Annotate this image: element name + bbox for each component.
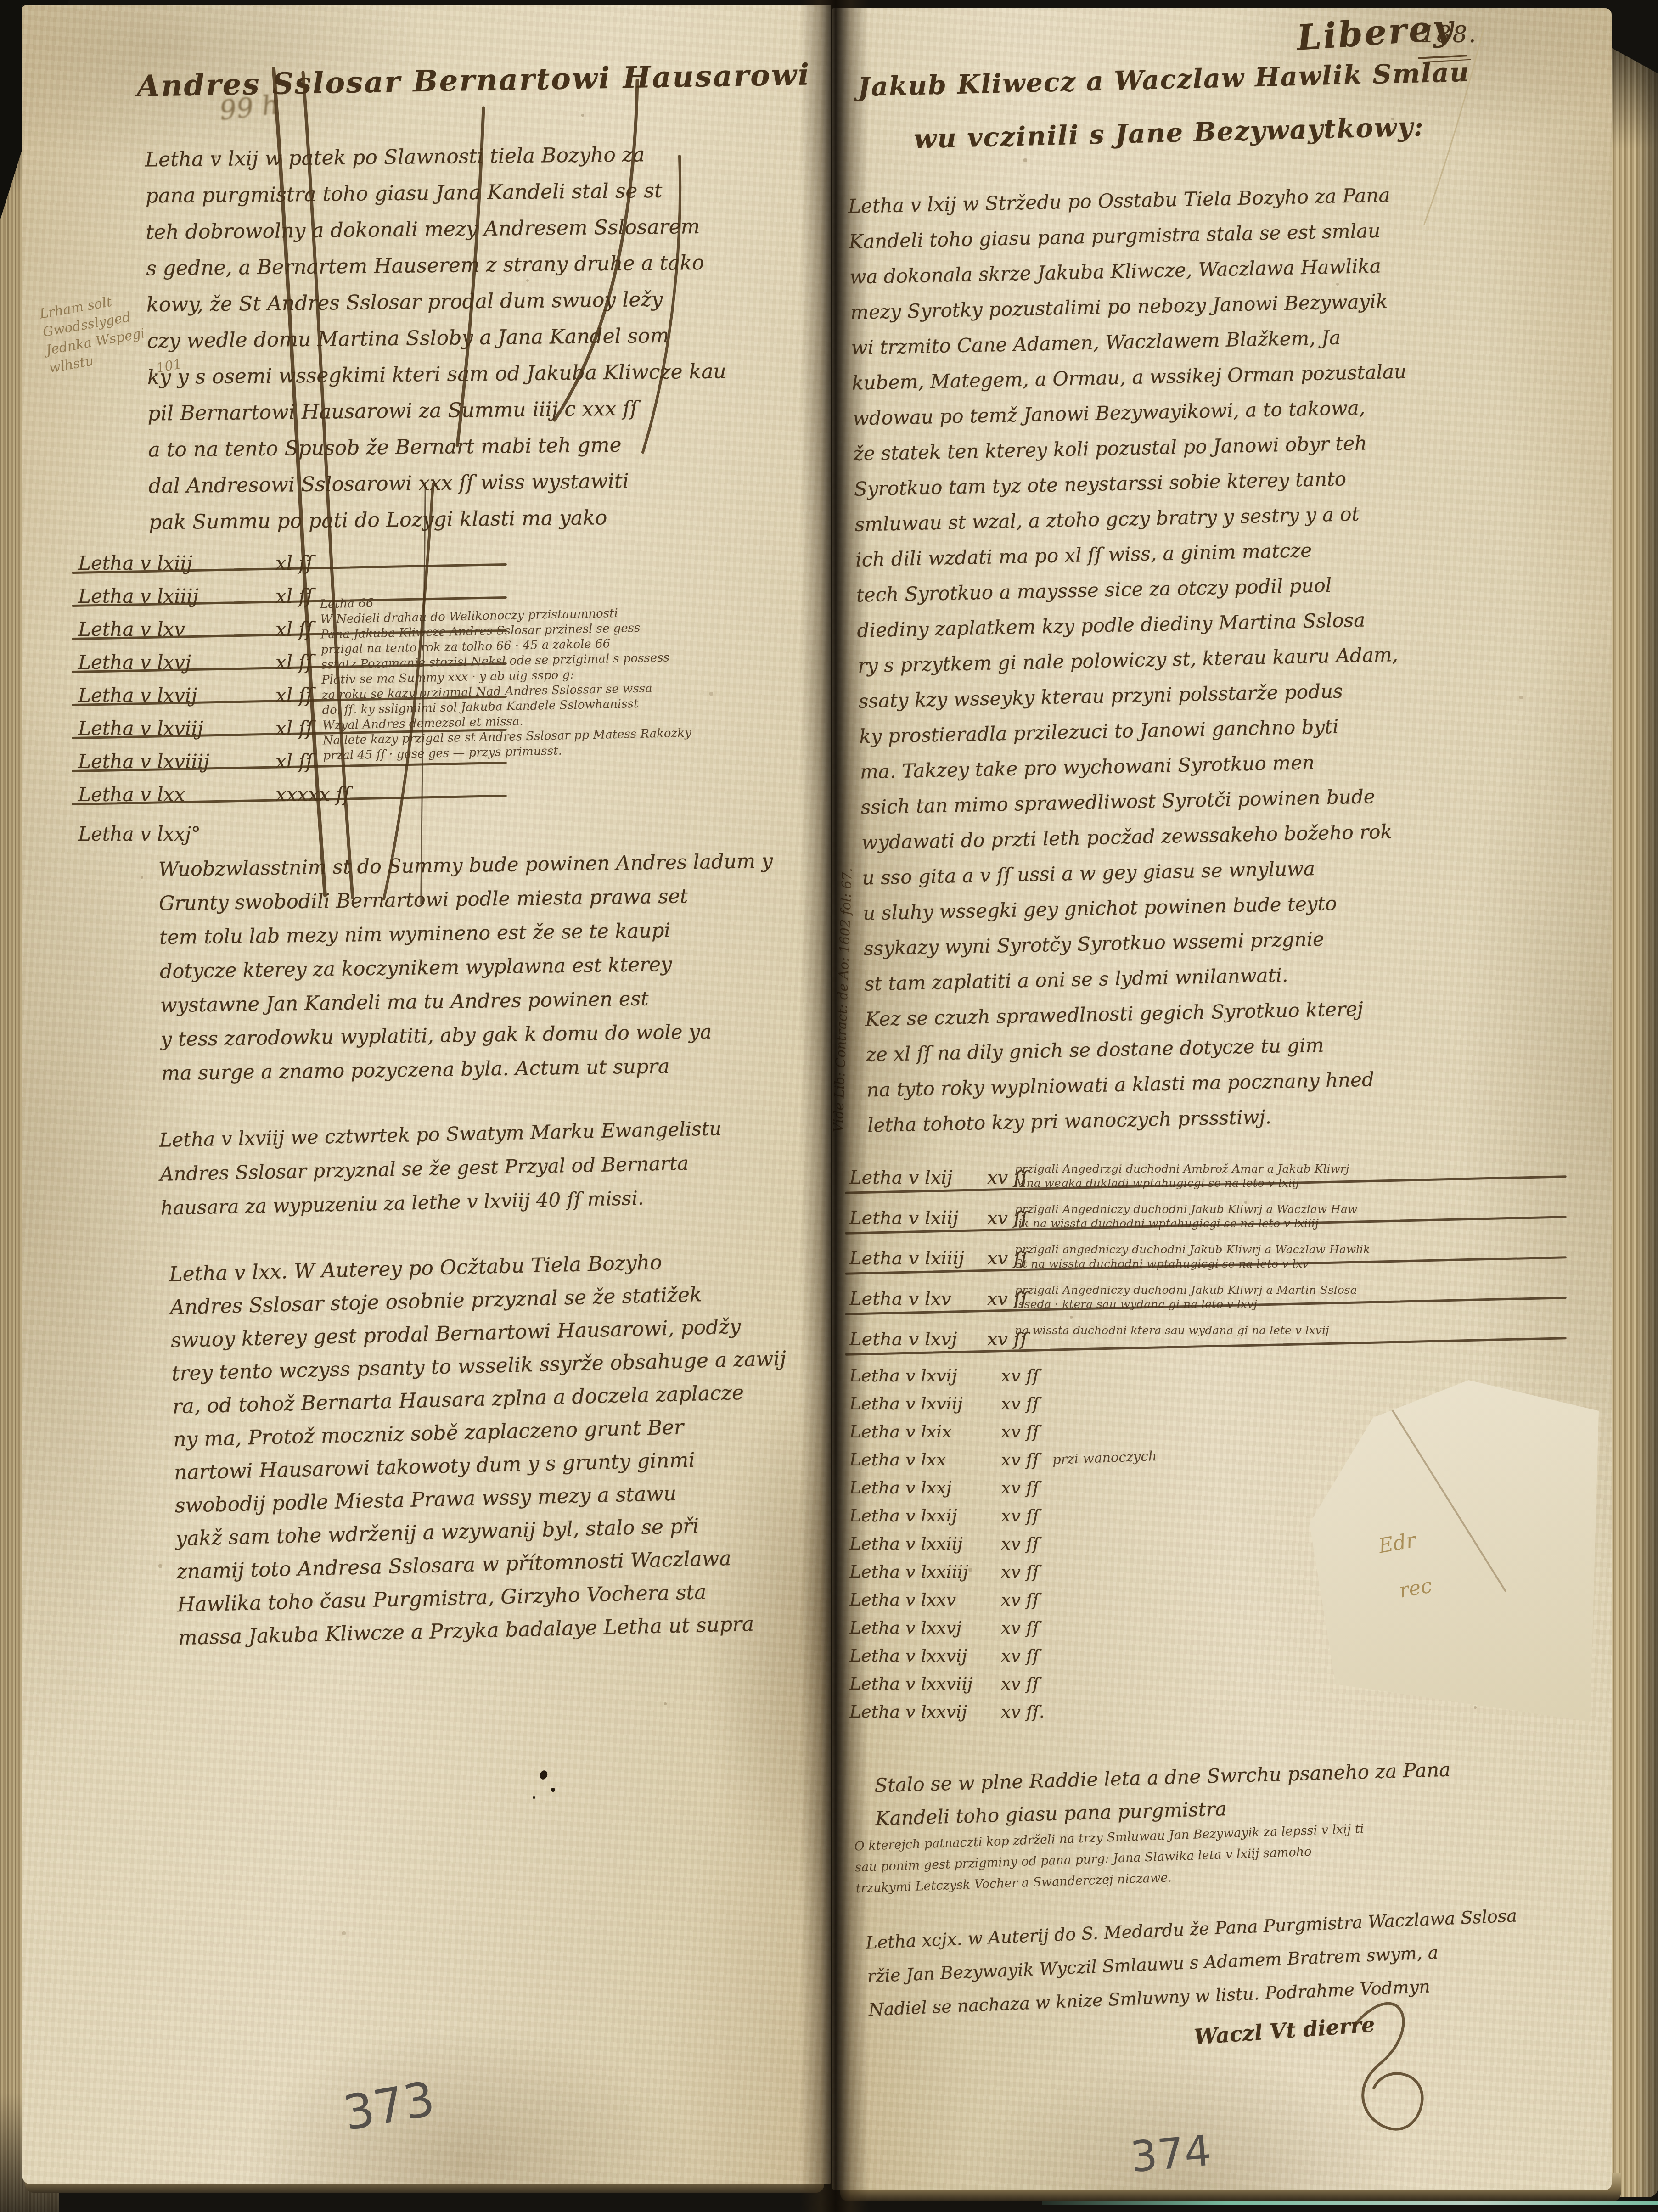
ledger-year: Letha v lxv: [849, 1288, 987, 1309]
year-entry: Letha v lxxviijxv ſſ: [849, 1673, 1045, 1701]
manuscript-line: pana purgmistra toho giasu Jana Kandeli …: [145, 172, 725, 214]
ledger-amount: xl ſſ: [275, 585, 313, 607]
ledger-year: Letha v lxxvij: [849, 1645, 1001, 1666]
right-page-heading-line1: Jakub Kliwecz a Waczlaw Hawlik Smlau: [857, 57, 1470, 103]
ledger-amount: xv ſſ: [1001, 1673, 1039, 1694]
manuscript-line: teh dobrowolny a dokonali mezy Andresem …: [146, 208, 725, 250]
manuscript-line: s gedne, a Bernartem Hauserem z strany d…: [146, 244, 725, 286]
left-paragraph-2: Wuobzwlasstnim st do Summy bude powinen …: [158, 844, 776, 1091]
right-ledger-struck-entries: Letha v lxijxv ſſ przigali Angedrzgi duc…: [849, 1167, 1027, 1369]
tear-crease: [1378, 1389, 1506, 1592]
ledger-note-line: przigali Angedniczy duchodni Jakub Kliwr…: [1015, 1202, 1357, 1216]
ledger-entry-struck: Letha v lxvxv ſſ przigali Angedniczy duc…: [849, 1288, 1027, 1329]
ledger-note-line: lsseda · ktera sau wydana gi na leto v l…: [1015, 1297, 1357, 1311]
manuscript-line: dal Andresowi Sslosarowi xxx ſſ wiss wys…: [148, 462, 728, 504]
right-paragraph-1: Letha v lxij w Stržedu po Osstabu Tiela …: [848, 177, 1422, 1143]
ledger-amount: xv ſſ: [1001, 1589, 1039, 1610]
ledger-year: Letha v lxiij: [849, 1207, 987, 1229]
ledger-year: Letha v lxxvj: [849, 1617, 1001, 1638]
ink-blot: [533, 1796, 535, 1799]
ink-blot: [551, 1788, 555, 1792]
ledger-year: Letha v lxx: [849, 1449, 1001, 1470]
bottom-entry-paragraph: Letha xcjx. w Auterij do S. Medardu že P…: [865, 1899, 1520, 2027]
ledger-year: Letha v lxxij: [849, 1505, 1001, 1526]
ledger-entry-struck: Letha v lxvjxl ſſ: [78, 651, 350, 684]
ledger-year: Letha v lxvj: [78, 651, 275, 674]
ledger-year: Letha v lxiiij: [849, 1248, 987, 1269]
ledger-amount: xv ſſ: [1001, 1561, 1039, 1582]
manuscript-line: pil Bernartowi Hausarowi za Summu iiij c…: [147, 389, 727, 432]
ledger-amount: xl ſſ: [275, 684, 313, 707]
ledger-entry-struck: Letha v lxiiijxl ſſ: [78, 585, 350, 618]
year-payment-column: Letha v lxvijxv ſſ Letha v lxviijxv ſſ L…: [849, 1365, 1045, 1729]
ledger-year: Letha v lxiij: [78, 552, 275, 574]
foxing-specks: [22, 5, 23, 6]
ledger-note: przigali angedniczy duchodni Jakub Kliwr…: [1015, 1242, 1370, 1271]
ledger-amount: xv ſſ: [1001, 1645, 1039, 1666]
year-entry: Letha v lxxijxv ſſ: [849, 1505, 1045, 1533]
ledger-note-line: przigali Angedrzgi duchodni Ambrož Amar …: [1015, 1162, 1349, 1176]
ledger-interlinear-notes: Letha 66W Nedieli drahau do Welikonoczy …: [320, 589, 691, 764]
ledger-entry-struck: Letha v lxviiijxl ſſ: [78, 750, 350, 783]
paper-tear-patch: Edr rec: [1310, 1380, 1599, 1722]
ledger-year: Letha v lxxj: [849, 1477, 1001, 1498]
ledger-year: Letha v lxviij: [849, 1393, 1001, 1414]
ledger-note: przigali Angedniczy duchodni Jakub Kliwr…: [1015, 1283, 1357, 1311]
manuscript-line: pak Summu po pati do Lozygi klasti ma ya…: [149, 498, 728, 540]
manuscript-line: czy wedle domu Martina Ssloby a Jana Kan…: [147, 317, 726, 359]
ledger-entry-struck: Letha v lxviijxl ſſ: [78, 717, 350, 750]
left-page: 99 h Andres Sslosar Bernartowi Hausarowi…: [22, 5, 831, 2184]
ledger-amount: xl ſſ: [275, 552, 313, 574]
ledger-year: Letha v lxxviij: [849, 1673, 1001, 1694]
manuscript-line: Letha v lxij w patek po Slawnosti tiela …: [145, 135, 724, 178]
ledger-amount: xxxxx ſſ: [275, 783, 350, 806]
ledger-note: przigali Angedrzgi duchodni Ambrož Amar …: [1015, 1162, 1349, 1190]
ledger-amount: xv ſſ: [1001, 1393, 1039, 1414]
ledger-note: przigali Angedniczy duchodni Jakub Kliwr…: [1015, 1202, 1357, 1230]
ledger-amount: xv ſſ: [1001, 1617, 1039, 1638]
ledger-note-line: przigali Angedniczy duchodni Jakub Kliwr…: [1015, 1283, 1357, 1297]
ledger-note: na wissta duchodni ktera sau wydana gi n…: [1015, 1323, 1329, 1337]
ledger-year: Letha v lxx: [78, 783, 275, 806]
ledger-year: Letha v lxij: [849, 1167, 987, 1188]
ledger-amount: xl ſſ: [275, 618, 313, 640]
ledger-year: Letha v lxviij: [78, 717, 275, 740]
ledger-amount: xl ſſ: [275, 750, 313, 773]
ledger-note-line: Mna wegka dukladi wptahugicgi se na leto…: [1015, 1176, 1349, 1190]
pencil-page-number-left: 373: [339, 2071, 439, 2142]
ledger-note-line: na wissta duchodni ktera sau wydana gi n…: [1015, 1323, 1329, 1337]
ledger-entry-struck: Letha v lxijxv ſſ przigali Angedrzgi duc…: [849, 1167, 1027, 1207]
year-entry: Letha v lxvijxv ſſ: [849, 1365, 1045, 1393]
ledger-year: Letha v lxv: [78, 618, 275, 640]
manuscript-line: a to na tento Spusob že Bernart mabi teh…: [148, 426, 727, 468]
manuscript-photo: 99 h Andres Sslosar Bernartowi Hausarowi…: [0, 0, 1658, 2212]
ledger-note-line: lik na wissta duchodni wptahugicgi se na…: [1015, 1216, 1357, 1230]
ledger-amount: xv ſſ: [1001, 1449, 1039, 1470]
faded-tear-writing: rec: [1397, 1574, 1433, 1603]
ledger-year: Letha v lxviiij: [78, 750, 275, 773]
year-entry: Letha v lxviijxv ſſ: [849, 1393, 1045, 1421]
ink-blot: [539, 1769, 549, 1780]
ledger-amount: xv ſſ: [1001, 1477, 1039, 1498]
manuscript-line: kowy, že St Andres Sslosar prodal dum sw…: [146, 281, 726, 323]
year-entry: Letha v lxxjxv ſſ: [849, 1477, 1045, 1505]
year-entry: Letha v lxxxv ſſ: [849, 1449, 1045, 1477]
year-entry: Letha v lxxvjxv ſſ: [849, 1617, 1045, 1645]
left-paragraph-3: Letha v lxviij we cztwrtek po Swatym Mar…: [159, 1112, 724, 1225]
ledger-amount: xv ſſ: [1001, 1533, 1039, 1554]
year-entry: Letha v lxxiiijxv ſſ: [849, 1561, 1045, 1589]
ledger-amount: xv ſſ: [1001, 1365, 1039, 1386]
faded-tear-writing: Edr: [1377, 1528, 1417, 1558]
pencil-page-number-right: 374: [1129, 2126, 1213, 2182]
ledger-year: Letha v lxxiiij: [849, 1561, 1001, 1582]
left-paragraph-4: Letha v lxx. W Auterey po Ocžtabu Tiela …: [169, 1243, 793, 1655]
year-entry: Letha v lxxvxv ſſ: [849, 1589, 1045, 1617]
year-entry: Letha v lxxvijxv ſſ.: [849, 1701, 1045, 1729]
ledger-entry-struck: Letha v lxiijxv ſſ przigali Angedniczy d…: [849, 1207, 1027, 1248]
ledger-year: Letha v lxvij: [78, 684, 275, 707]
year-entry: Letha v lxixxv ſſ: [849, 1421, 1045, 1449]
ledger-amount: xv ſſ: [1001, 1505, 1039, 1526]
foxing-specks: [832, 8, 833, 9]
ledger-note-line: przigali angedniczy duchodni Jakub Kliwr…: [1015, 1242, 1370, 1257]
year-entry: Letha v lxxvijxv ſſ: [849, 1645, 1045, 1673]
ledger-entry-struck: Letha v lxvjxv ſſ na wissta duchodni kte…: [849, 1329, 1027, 1369]
ledger-year: Letha v lxvij: [849, 1365, 1001, 1386]
ledger-amount: xv ſſ.: [1001, 1701, 1045, 1722]
year-entry: Letha v lxxiijxv ſſ: [849, 1533, 1045, 1561]
ledger-amount: xl ſſ: [275, 717, 313, 740]
ledger-year: Letha v lxxiij: [849, 1533, 1001, 1554]
ledger-entry-struck: Letha v lxvxl ſſ: [78, 618, 350, 651]
right-page: Liberey 188. Jakub Kliwecz a Waczlaw Haw…: [832, 8, 1612, 2190]
scribe-signature: Waczl Vt dierre: [1193, 2012, 1376, 2049]
ledger-amount: xl ſſ: [275, 651, 313, 674]
christmas-term-note: przi wanoczych: [1052, 1448, 1157, 1467]
ledger-entry-struck: Letha v lxxxxxxx ſſ: [78, 783, 350, 816]
left-paragraph-1: Letha v lxij w patek po Slawnosti tiela …: [145, 135, 728, 540]
ledger-year: Letha v lxiiij: [78, 585, 275, 607]
right-page-heading-line2: wu vczinili s Jane Bezywaytkowy:: [913, 111, 1424, 154]
ledger-entry-struck: Letha v lxiijxl ſſ: [78, 552, 350, 585]
ledger-entry-struck: Letha v lxvijxl ſſ: [78, 684, 350, 717]
ledger-year: Letha v lxxvij: [849, 1701, 1001, 1722]
ledger-year: Letha v lxvj: [849, 1329, 987, 1350]
folio-number: 188.: [1421, 21, 1477, 48]
ledger-year: Letha v lxxv: [849, 1589, 1001, 1610]
ledger-note-line: St na wissta duchodni wptahugicgi se na …: [1015, 1257, 1370, 1271]
closing-paragraph: Stalo se w plne Raddie leta a dne Swrchu…: [874, 1753, 1452, 1836]
left-ledger-struck-entries: Letha v lxiijxl ſſ Letha v lxiiijxl ſſ L…: [78, 552, 350, 816]
ledger-amount: xv ſſ: [1001, 1421, 1039, 1442]
gutter-cross-reference-note: Vide Lib: Contract: de Ao: 1602 fol: 67.: [830, 868, 855, 1133]
ledger-entry-last: Letha v lxxj°: [78, 823, 201, 845]
left-page-heading: Andres Sslosar Bernartowi Hausarowi: [136, 57, 810, 104]
ledger-entry-struck: Letha v lxiiijxv ſſ przigali angedniczy …: [849, 1248, 1027, 1288]
scan-edge-artifact: [1042, 2201, 1658, 2205]
manuscript-line: ky y s osemi wssegkimi kteri sam od Jaku…: [147, 353, 726, 395]
ledger-year: Letha v lxix: [849, 1421, 1001, 1442]
